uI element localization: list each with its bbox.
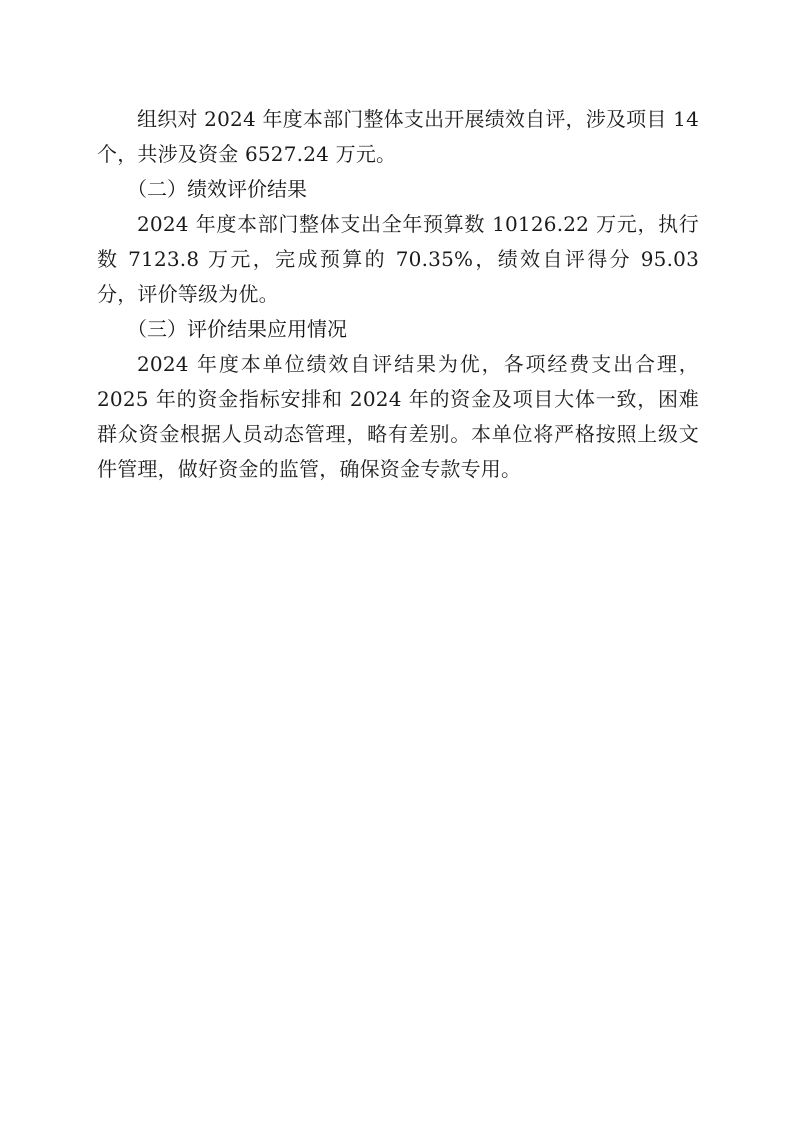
intro-paragraph: 组织对 2024 年度本部门整体支出开展绩效自评，涉及项目 14 个，共涉及资金… xyxy=(97,102,699,172)
document-page: 组织对 2024 年度本部门整体支出开展绩效自评，涉及项目 14 个，共涉及资金… xyxy=(97,102,699,487)
results-application-paragraph: 2024 年度本单位绩效自评结果为优，各项经费支出合理，2025 年的资金指标安… xyxy=(97,347,699,487)
section-heading-evaluation-results: （二）绩效评价结果 xyxy=(97,172,699,207)
evaluation-results-paragraph: 2024 年度本部门整体支出全年预算数 10126.22 万元，执行数 7123… xyxy=(97,207,699,312)
section-heading-results-application: （三）评价结果应用情况 xyxy=(97,312,699,347)
